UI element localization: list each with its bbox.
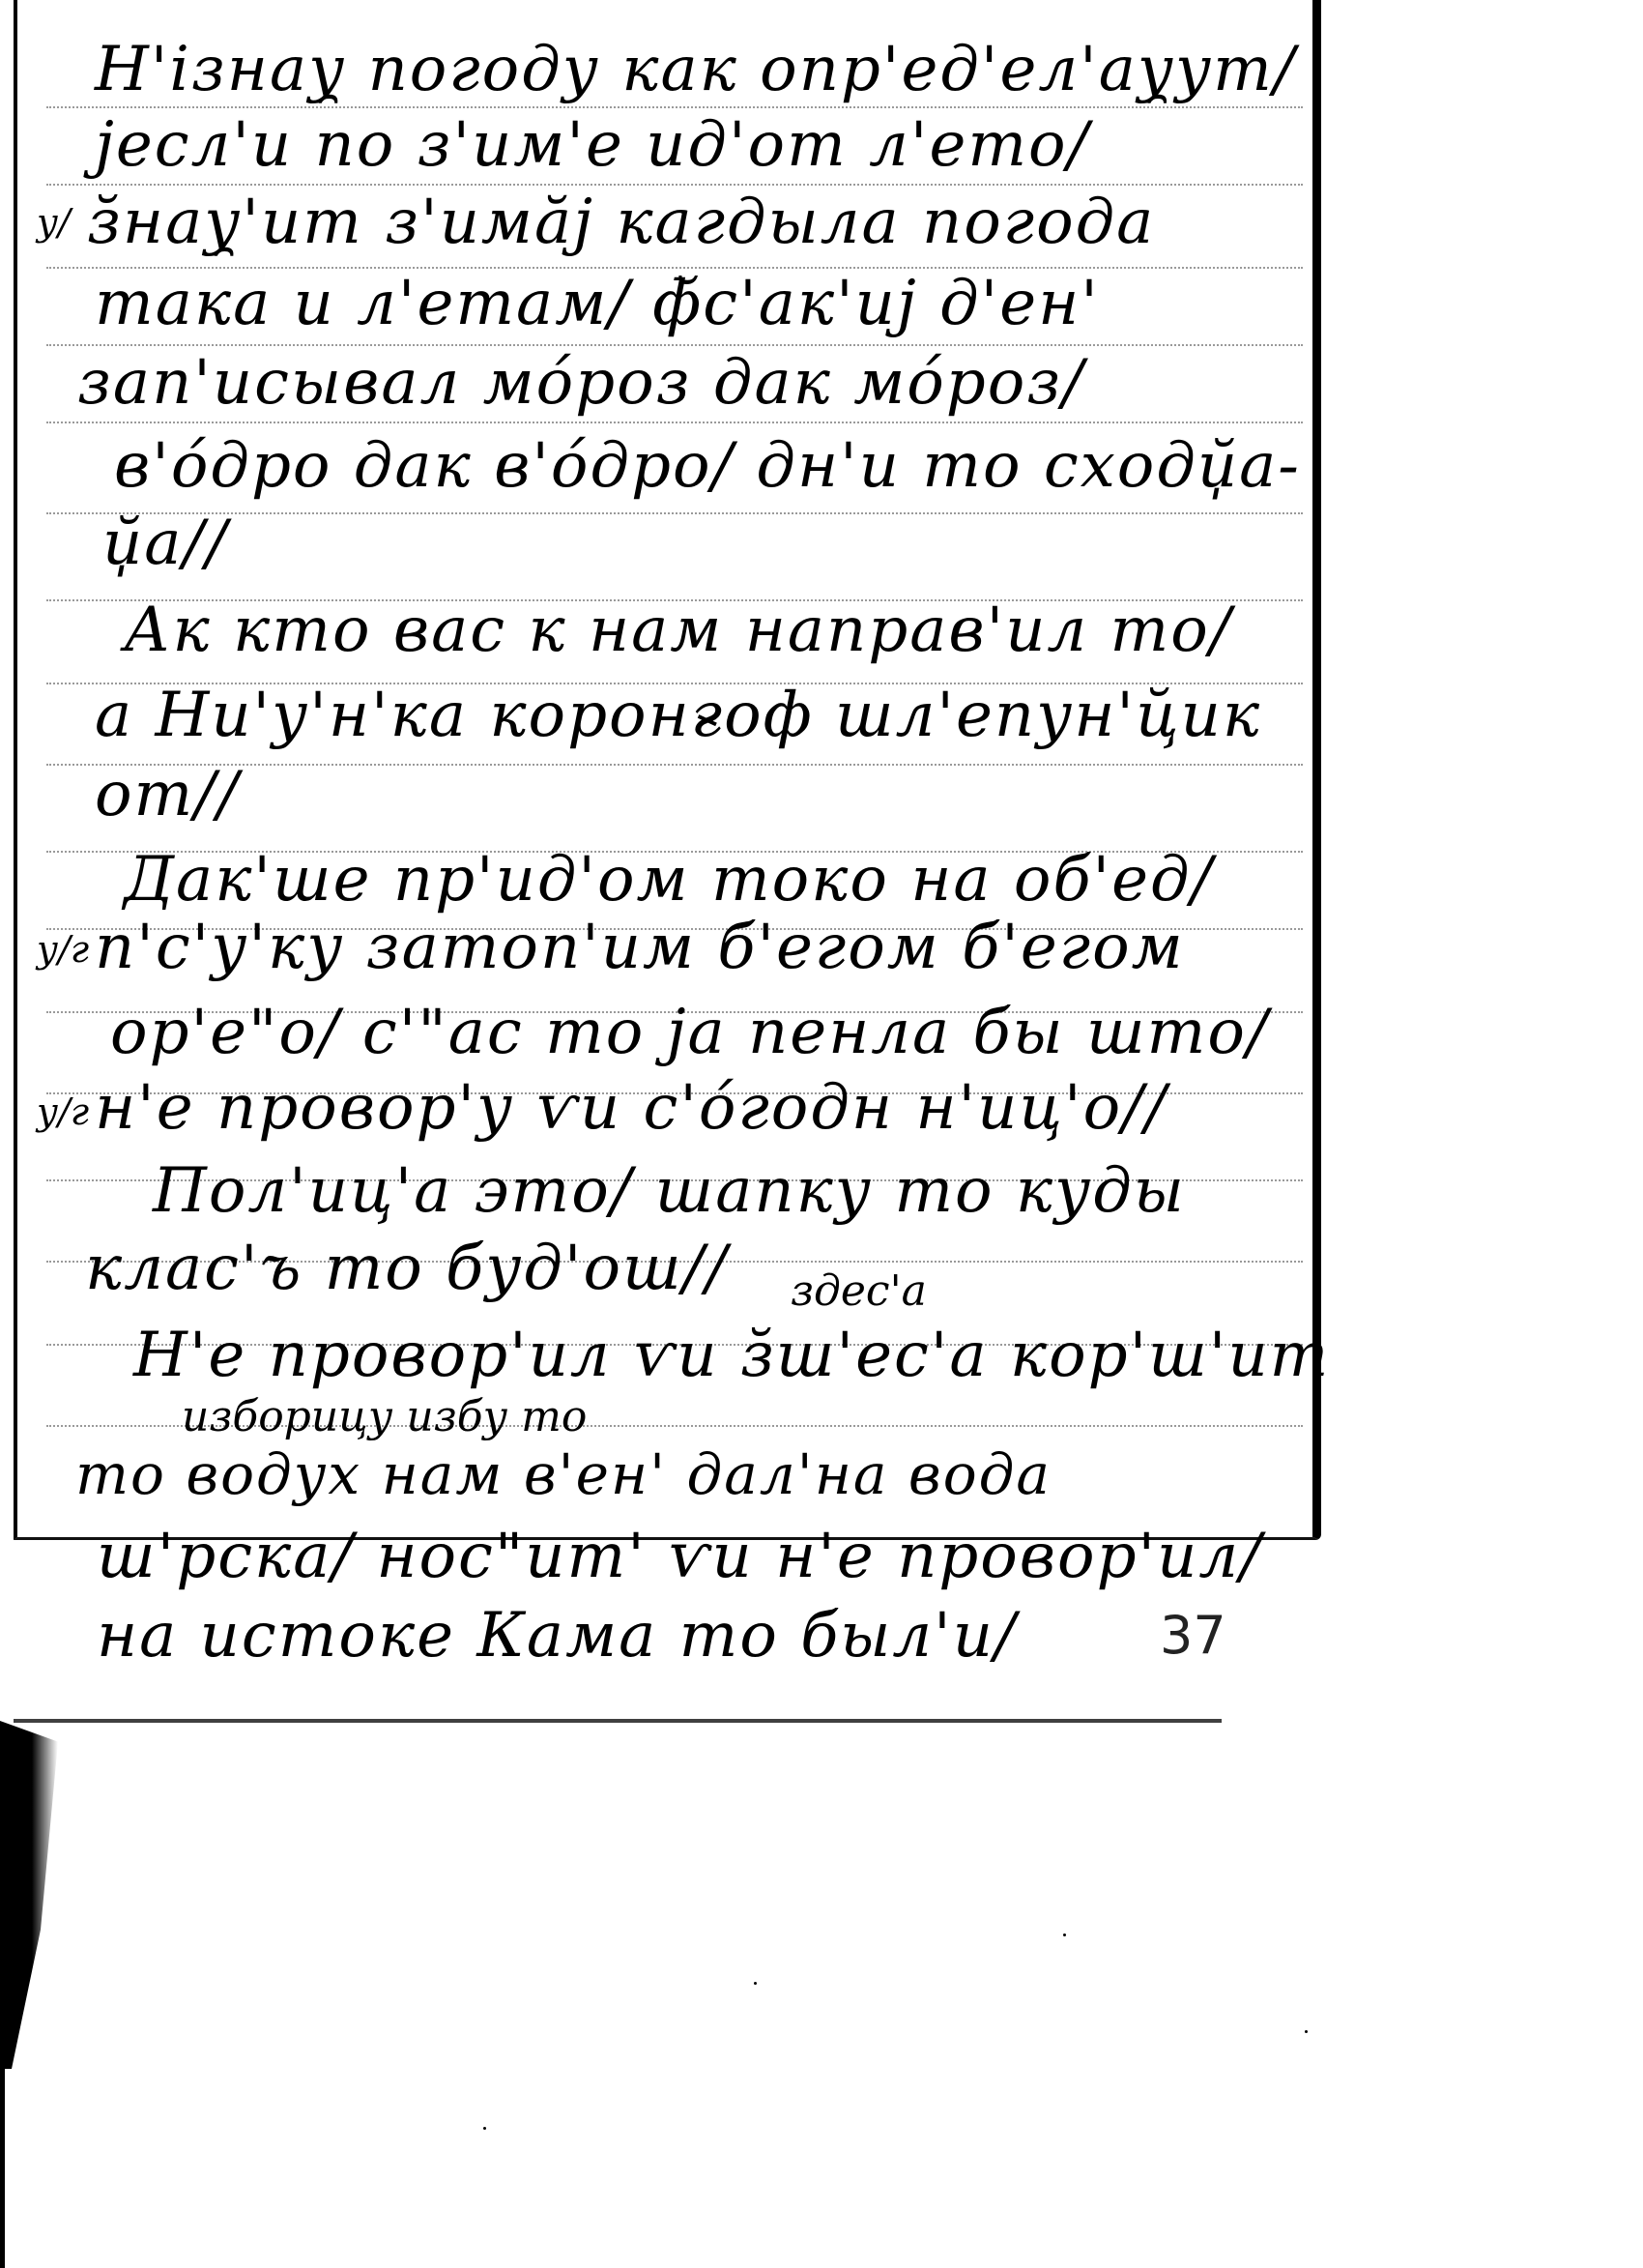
scan-speck xyxy=(1063,1934,1066,1936)
scan-speck xyxy=(483,2127,486,2130)
text-line-20: на истоке Кама то был'и/ xyxy=(97,1605,1018,1667)
text-line-10: от// xyxy=(95,764,240,826)
margin-mark: у/г xyxy=(37,1090,89,1133)
text-line-9: а Ни'у'н'ка коронғоф шл'епун'ц̆ик xyxy=(95,684,1261,746)
ruled-line xyxy=(46,422,1303,423)
text-line-3: з̆нау̯'ит з'имӑј кагдыла погода xyxy=(87,191,1155,253)
text-line-17: Н'е провор'ил ѵи з̆ш'ес'а кор'ш'ит xyxy=(133,1324,1330,1386)
page-number: 37 xyxy=(1160,1605,1226,1666)
text-line-19: ш'рска/ нос"ит' ѵи н'е провор'ил/ xyxy=(97,1526,1263,1587)
text-line-4: така и л'етам/ ф̆с'ак'иј д'ен' xyxy=(95,273,1100,334)
scan-edge xyxy=(0,2069,5,2268)
notebook-page: Н'ізнау̯ погоду как опр'ед'ел'ау̯ут/ јес… xyxy=(14,0,1321,1540)
text-line-18: то водух нам в'ен' дал'на вода xyxy=(75,1446,1052,1502)
ruled-line xyxy=(46,344,1303,346)
ruled-line xyxy=(46,106,1303,108)
ruled-line xyxy=(46,512,1303,514)
text-line-15: Пол'иц'а это/ шапку то куды xyxy=(153,1160,1186,1222)
inserted-word: здес'а xyxy=(791,1266,927,1316)
scan-speck xyxy=(1305,2030,1308,2033)
text-line-11: Дак'ше пр'ид'ом токо на об'ед/ xyxy=(124,849,1214,911)
scan-speck xyxy=(754,1982,757,1985)
text-line-8: Ак кто вас к нам направ'ил то/ xyxy=(124,599,1232,661)
text-line-14: н'е провор'у ѵи с'о́годн н'иц'о// xyxy=(95,1077,1167,1139)
text-line-7: џ̆а// xyxy=(102,512,229,574)
inserted-word: изборицу избу то xyxy=(182,1392,587,1441)
margin-mark: у/ xyxy=(37,201,71,244)
page-bottom-edge xyxy=(14,1719,1222,1723)
text-line-6: в'о́дро дак в'о́дро/ дн'и то сходџ̆а- xyxy=(114,435,1301,497)
text-line-16: клас'ъ то буд'ош// xyxy=(85,1237,729,1299)
scan-shadow xyxy=(0,1721,58,2069)
text-line-13: ор'е"о/ с'"ас то ја пенла бы што/ xyxy=(110,1002,1269,1063)
margin-mark: у/г xyxy=(37,928,89,971)
ruled-line xyxy=(46,184,1303,186)
text-line-1: Н'ізнау̯ погоду как опр'ед'ел'ау̯ут/ xyxy=(95,39,1296,101)
text-line-2: јесл'и по з'им'е ид'от л'ето/ xyxy=(95,114,1090,176)
text-line-5: зап'исывал мо́роз дак мо́роз/ xyxy=(77,352,1085,414)
text-line-12: п'с'у'ку затоп'им б'егом б'егом xyxy=(95,916,1185,978)
